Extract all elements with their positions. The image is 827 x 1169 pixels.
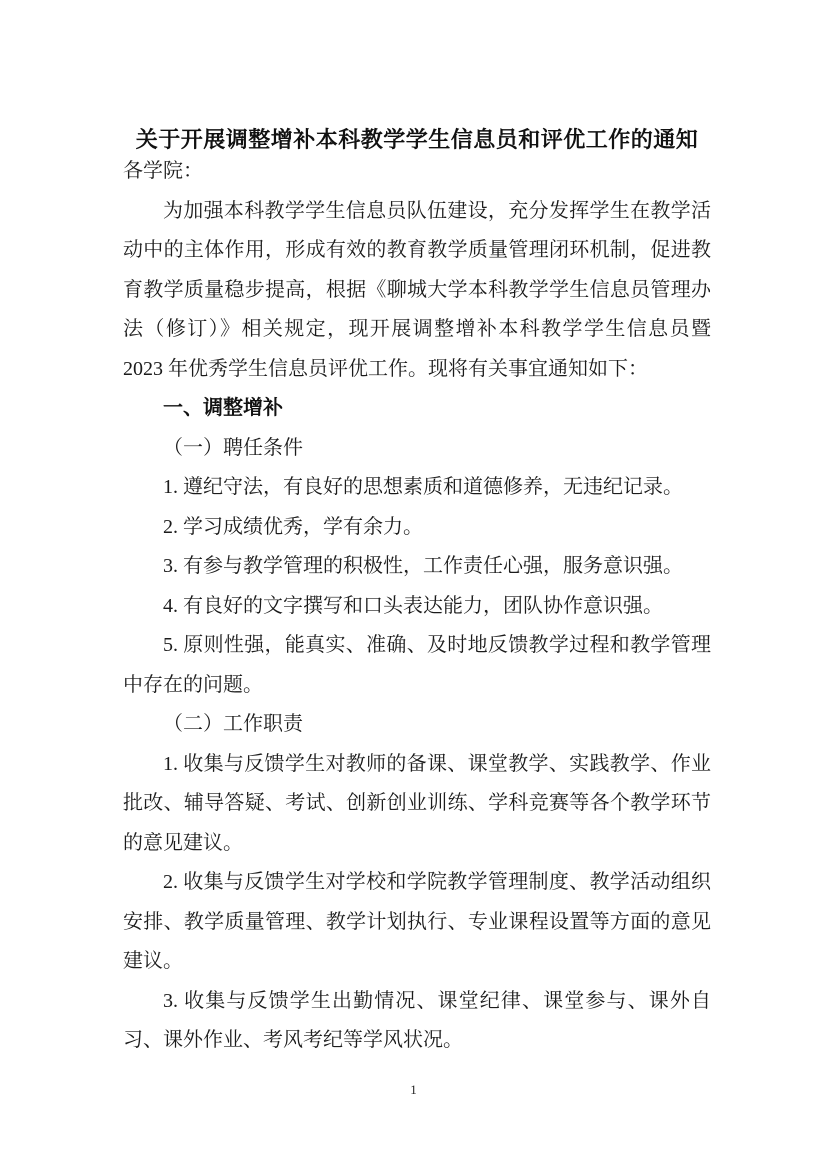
salutation: 各学院： — [123, 152, 711, 192]
subsection-heading-job-duties: （二）工作职责 — [123, 705, 711, 745]
subsection-heading-hiring-conditions: （一）聘任条件 — [123, 429, 711, 469]
section-heading-1: 一、调整增补 — [123, 389, 711, 429]
list-item: 1. 收集与反馈学生对教师的备课、课堂教学、实践教学、作业批改、辅导答疑、考试、… — [123, 745, 711, 864]
list-item: 4. 有良好的文字撰写和口头表达能力，团队协作意识强。 — [123, 587, 711, 627]
list-item: 3. 有参与教学管理的积极性，工作责任心强，服务意识强。 — [123, 547, 711, 587]
list-item: 2. 学习成绩优秀，学有余力。 — [123, 508, 711, 548]
page-number: 1 — [0, 1080, 827, 1100]
document-body: 各学院： 为加强本科教学学生信息员队伍建设，充分发挥学生在教学活动中的主体作用，… — [123, 152, 711, 1061]
list-item: 5. 原则性强，能真实、准确、及时地反馈教学过程和教学管理中存在的问题。 — [123, 626, 711, 705]
list-item: 2. 收集与反馈学生对学校和学院教学管理制度、教学活动组织安排、教学质量管理、教… — [123, 863, 711, 982]
list-item: 1. 遵纪守法，有良好的思想素质和道德修养，无违纪记录。 — [123, 468, 711, 508]
intro-paragraph: 为加强本科教学学生信息员队伍建设，充分发挥学生在教学活动中的主体作用，形成有效的… — [123, 192, 711, 390]
list-item: 3. 收集与反馈学生出勤情况、课堂纪律、课堂参与、课外自习、课外作业、考风考纪等… — [123, 982, 711, 1061]
document-page: 关于开展调整增补本科教学学生信息员和评优工作的通知 各学院： 为加强本科教学学生… — [0, 0, 827, 1169]
